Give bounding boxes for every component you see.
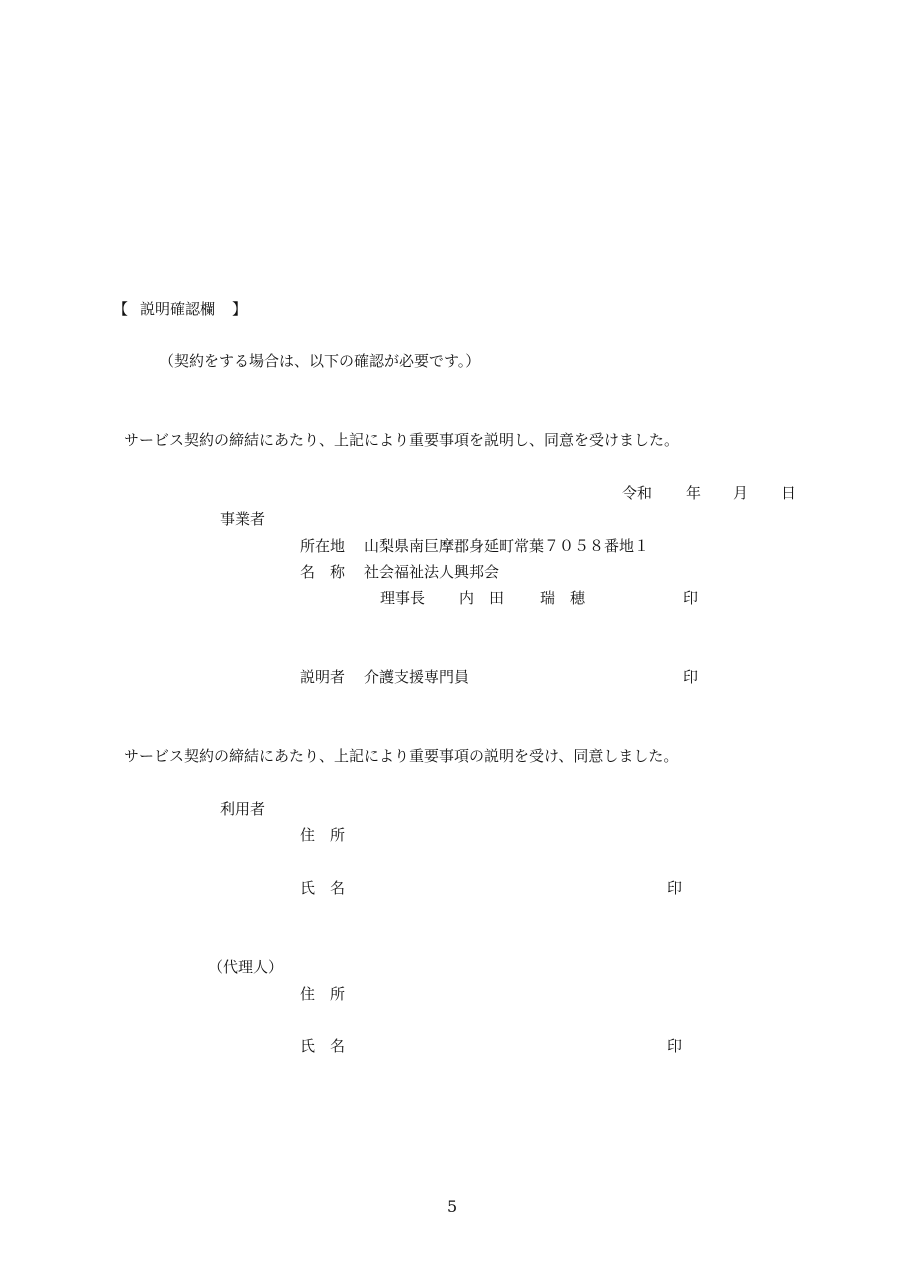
user-seal-mark: 印: [667, 878, 682, 898]
page-number: 5: [447, 1197, 457, 1217]
date-year-label: 年: [686, 483, 701, 503]
date-month-label: 月: [733, 483, 748, 503]
provider-rep-given-name: 瑞 穂: [540, 588, 585, 608]
agent-heading: （代理人）: [208, 957, 283, 977]
date-era: 令和: [622, 483, 652, 503]
provider-name-label: 名 称: [300, 562, 345, 582]
provider-name-value: 社会福祉法人興邦会: [364, 562, 499, 582]
section-title: 説明確認欄: [140, 299, 215, 319]
agent-name-label: 氏 名: [300, 1036, 345, 1056]
user-name-label: 氏 名: [300, 878, 345, 898]
provider-statement: サービス契約の締結にあたり、上記により重要事項を説明し、同意を受けました。: [124, 430, 679, 450]
provider-heading: 事業者: [220, 509, 265, 529]
provider-rep-family-name: 内 田: [459, 588, 504, 608]
date-day-label: 日: [781, 483, 796, 503]
user-heading: 利用者: [220, 799, 265, 819]
provider-rep-title: 理事長: [380, 588, 425, 608]
explainer-seal-mark: 印: [683, 667, 698, 687]
provider-seal-mark: 印: [683, 588, 698, 608]
provider-address-value: 山梨県南巨摩郡身延町常葉７０５８番地１: [364, 536, 649, 556]
section-title-bracket-close: 】: [232, 299, 247, 319]
agent-seal-mark: 印: [667, 1036, 682, 1056]
explainer-label: 説明者: [300, 667, 345, 687]
user-statement: サービス契約の締結にあたり、上記により重要事項の説明を受け、同意しました。: [124, 746, 678, 766]
user-address-label: 住 所: [300, 825, 345, 845]
section-note: （契約をする場合は、以下の確認が必要です。）: [159, 351, 480, 371]
explainer-role: 介護支援専門員: [364, 667, 469, 687]
agent-address-label: 住 所: [300, 984, 345, 1004]
provider-address-label: 所在地: [300, 536, 345, 556]
section-title-bracket-open: 【: [113, 299, 128, 319]
